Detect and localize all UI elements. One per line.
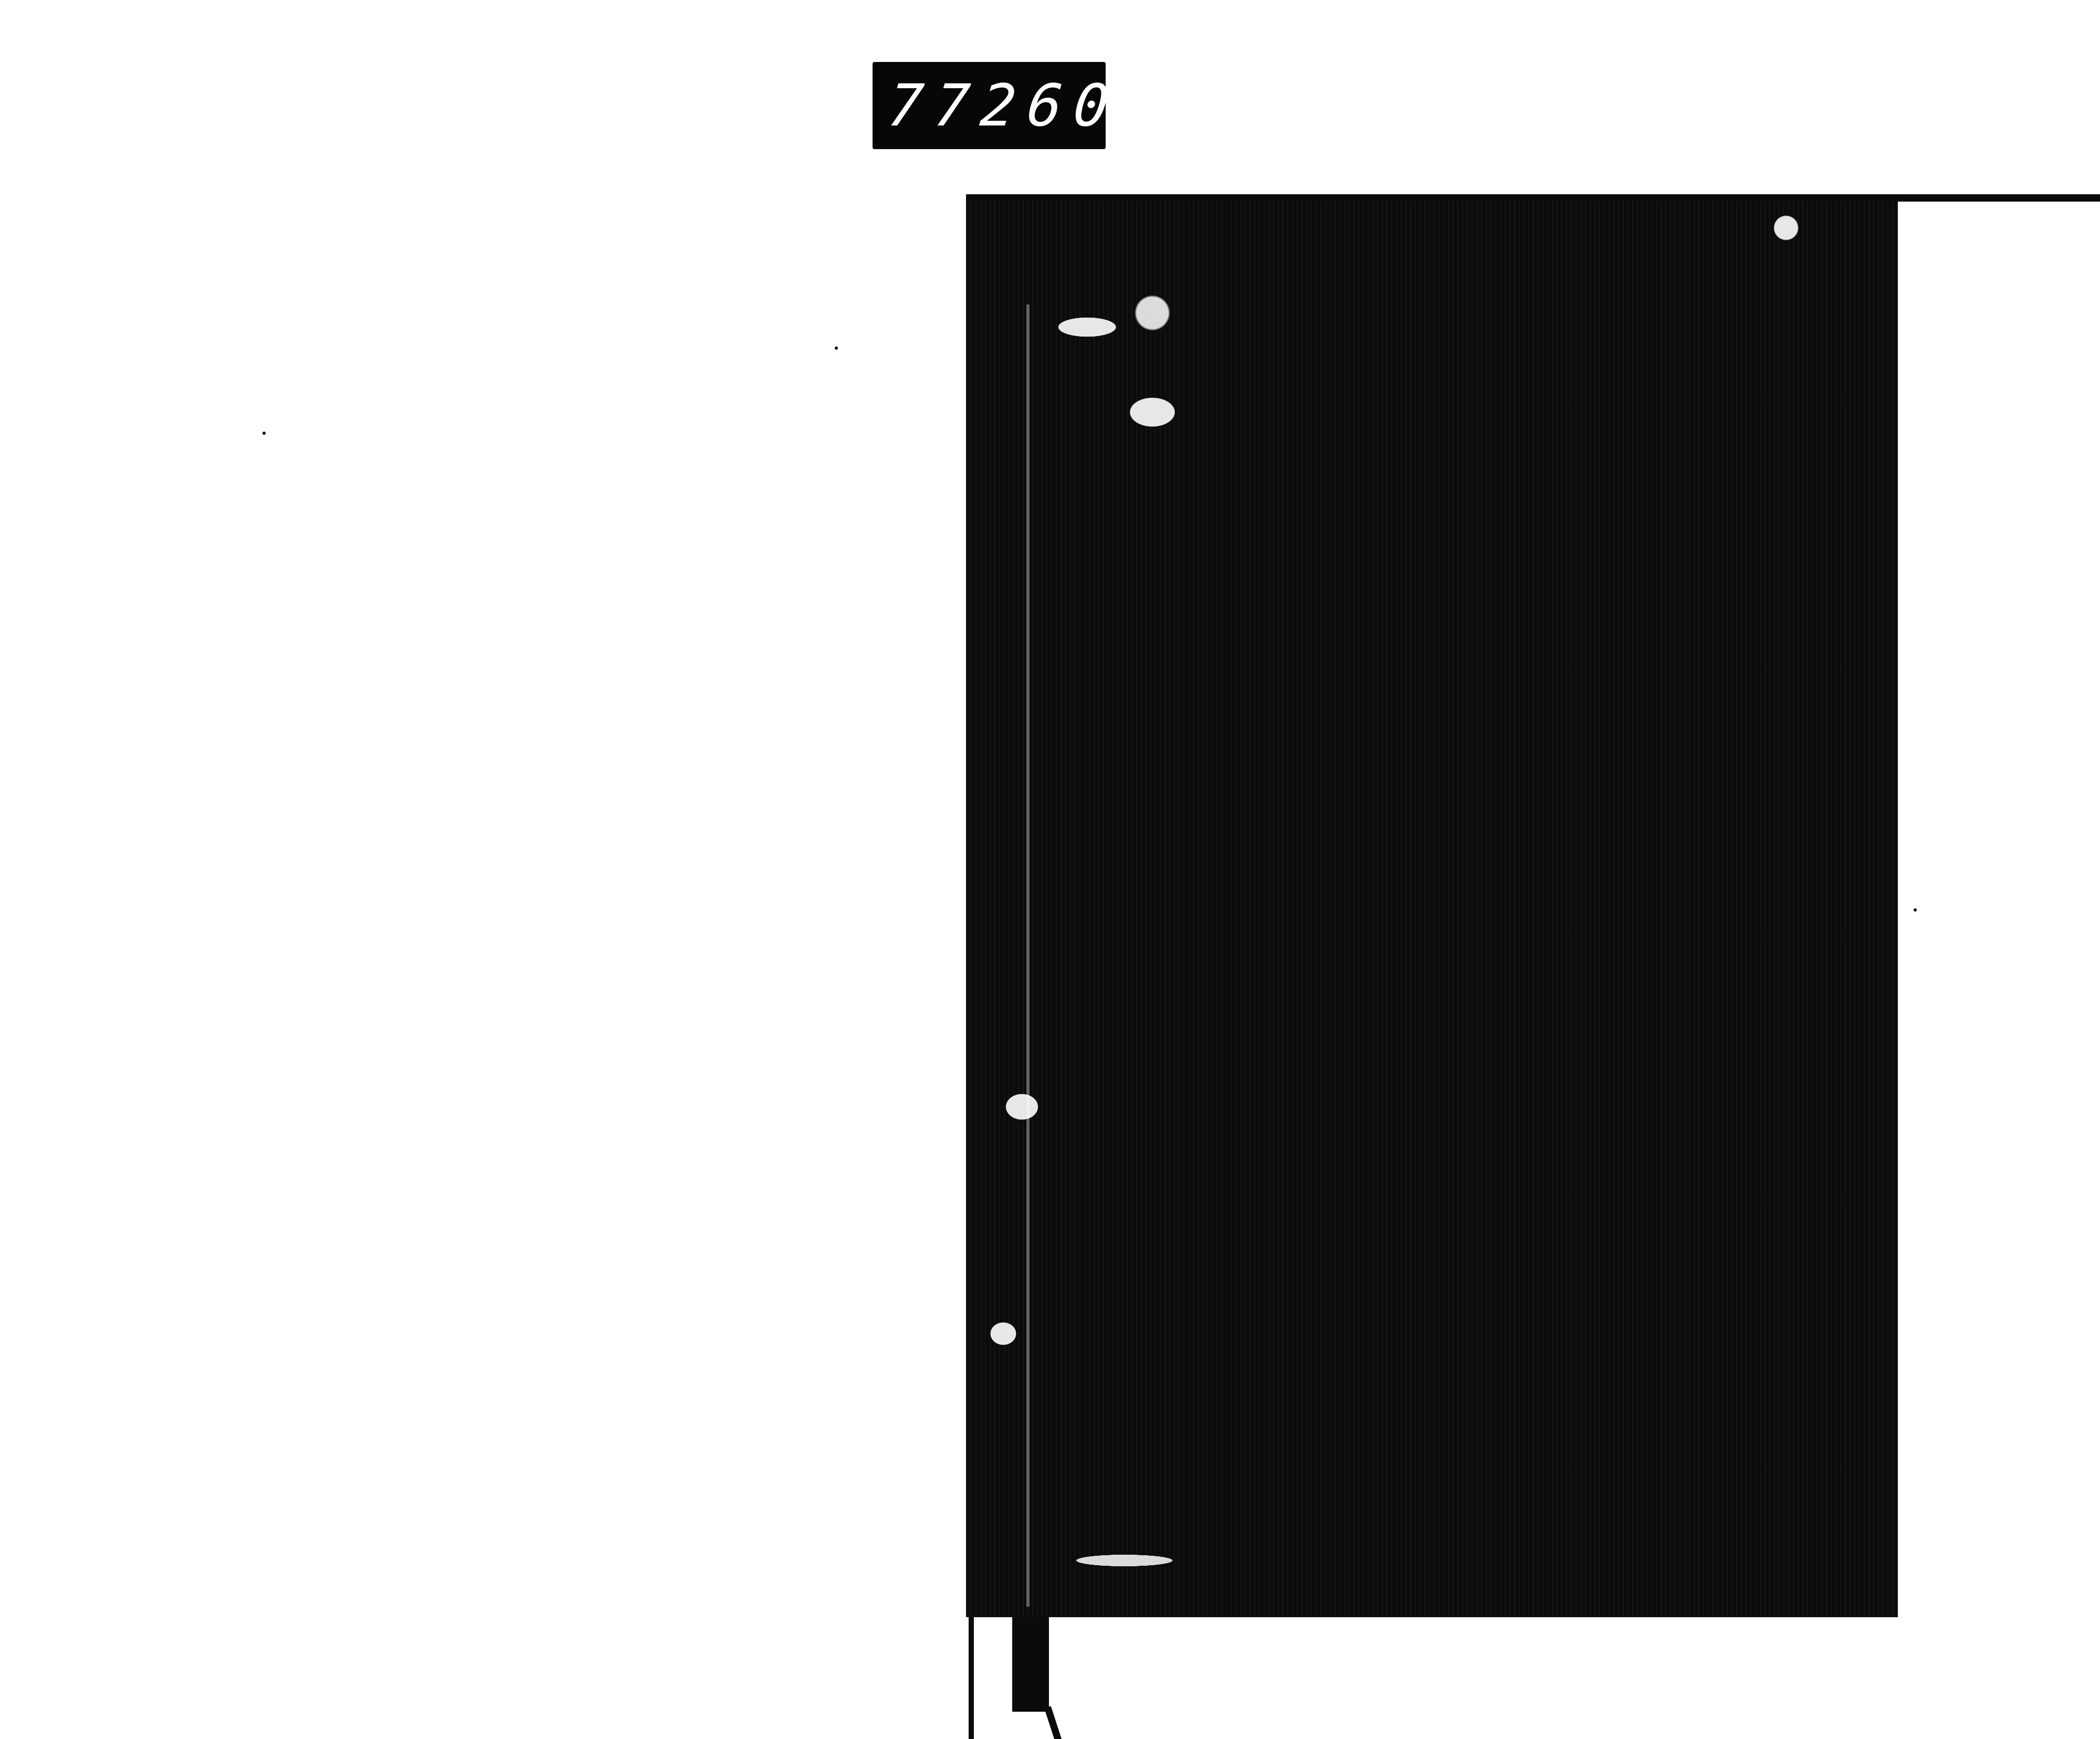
label-left-number: 772	[885, 72, 1031, 139]
bookmark-ribbon	[1012, 1617, 1049, 1712]
label-right-number: 602.	[1024, 72, 1216, 139]
scan-speck	[835, 347, 838, 350]
scan-speck	[262, 432, 266, 435]
call-number-label: 772 602.	[873, 62, 1106, 149]
spine-crease	[1026, 305, 1030, 1607]
book-cover	[966, 200, 1898, 1617]
binding-edge	[969, 1617, 974, 1739]
scan-speck	[1914, 908, 1917, 912]
bookmark-ribbon-tail	[1044, 1706, 1062, 1739]
